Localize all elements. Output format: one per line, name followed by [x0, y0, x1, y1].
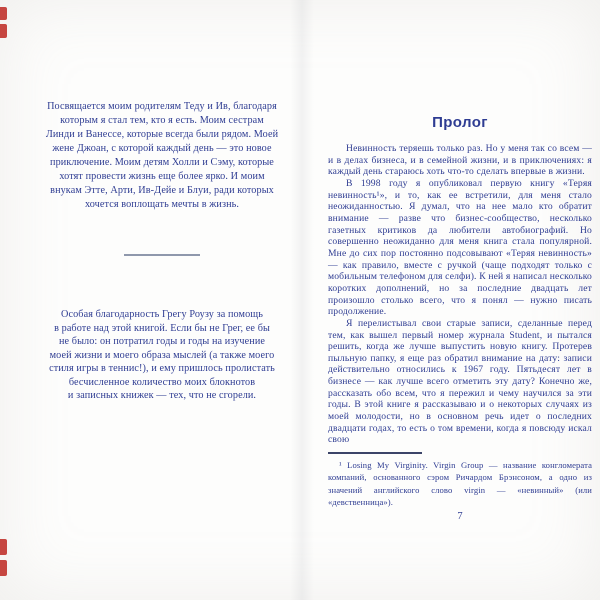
dedication-text: Посвящается моим родителям Теду и Ив, бл…	[28, 100, 296, 212]
red-cover-edge-mark	[0, 24, 7, 38]
acknowledgement-line: стиля игры в теннис!), и ему пришлось пр…	[28, 362, 296, 376]
right-page: Пролог Невинность теряешь только раз. Но…	[328, 0, 592, 600]
dedication-line: которым я стал тем, кто я есть. Моим сес…	[28, 114, 296, 128]
acknowledgement-line: Особая благодарность Грегу Роузу за помо…	[28, 308, 296, 322]
red-cover-edge-mark	[0, 7, 7, 20]
acknowledgement-line: моей жизни и моего образа мыслей (а такж…	[28, 349, 296, 363]
acknowledgement-line: в работе над этой книгой. Если бы не Гре…	[28, 322, 296, 336]
dedication-line: приключение. Моим детям Холли и Сэму, ко…	[28, 156, 296, 170]
dedication-line: внукам Этте, Арти, Ив-Дейе и Блуи, ради …	[28, 184, 296, 198]
body-paragraph: Я перелистывал свои старые записи, сдела…	[328, 318, 592, 446]
acknowledgement-line: не было: он потратил годы и годы на изуч…	[28, 335, 296, 349]
dedication-line: жене Джоан, с которой каждый день — это …	[28, 142, 296, 156]
dedication-line: хочется воплощать мечты в жизнь.	[28, 198, 296, 212]
footnote-rule	[328, 452, 422, 454]
book-spread-photo: Посвящается моим родителям Теду и Ив, бл…	[0, 0, 600, 600]
acknowledgement-text: Особая благодарность Грегу Роузу за помо…	[28, 308, 296, 403]
page-number: 7	[328, 511, 592, 522]
section-divider-rule	[124, 254, 200, 256]
dedication-line: Посвящается моим родителям Теду и Ив, бл…	[28, 100, 296, 114]
acknowledgement-line: бесчисленное количество моих блокнотов	[28, 376, 296, 390]
left-page: Посвящается моим родителям Теду и Ив, бл…	[28, 0, 296, 600]
dedication-line: хотят провести жизнь еще более ярко. И м…	[28, 170, 296, 184]
footnote-text: ¹ Losing My Virginity. Virgin Group — на…	[328, 459, 592, 509]
acknowledgement-line: и записных книжек — тех, что не сгорели.	[28, 389, 296, 403]
red-cover-edge-mark	[0, 539, 7, 555]
chapter-heading: Пролог	[328, 114, 592, 131]
body-text: Невинность теряешь только раз. Но у меня…	[328, 143, 592, 446]
body-paragraph: Невинность теряешь только раз. Но у меня…	[328, 143, 592, 178]
dedication-line: Линди и Ванессе, которые всегда были ряд…	[28, 128, 296, 142]
red-cover-edge-mark	[0, 560, 7, 576]
body-paragraph: В 1998 году я опубликовал первую книгу «…	[328, 178, 592, 318]
